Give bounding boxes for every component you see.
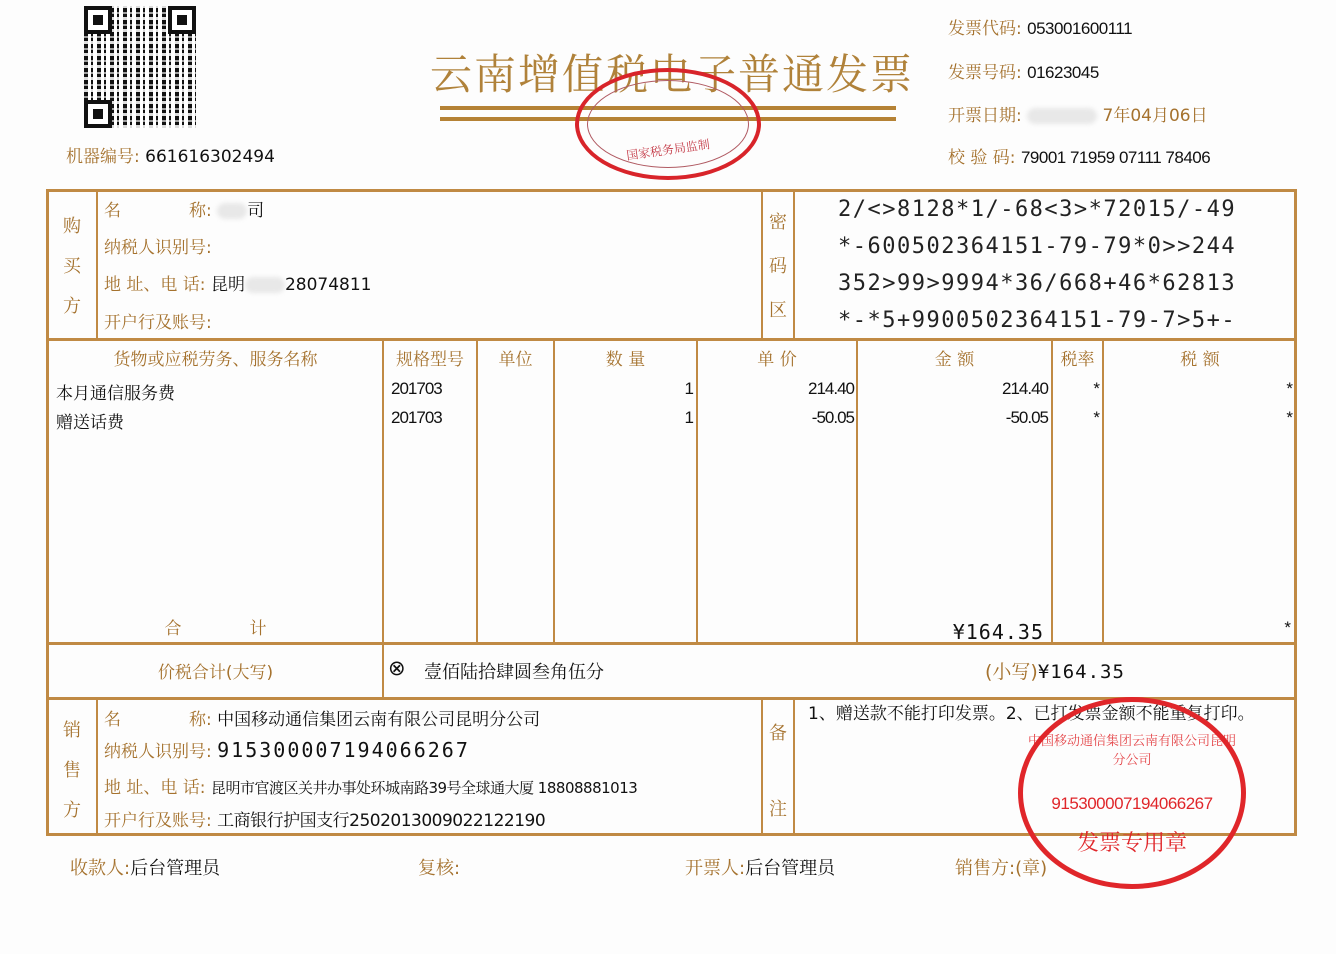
check-code-label: 校 验 码: [948, 148, 1016, 168]
payee-label: 收款人: [70, 858, 130, 879]
reviewer-label: 复核: [418, 858, 460, 879]
item-rate: * [1053, 379, 1099, 399]
seller-stamp-ring-text: 中国移动通信集团云南有限公司昆明分公司 [1023, 730, 1241, 768]
cipher-line: 352>99>9994*36/668+46*62813 [838, 271, 1236, 296]
side-char: 码 [769, 252, 787, 278]
seller-bank-label: 开户行及账号: [104, 806, 212, 831]
column-header-name: 货物或应税劳务、服务名称 [49, 345, 382, 370]
seller-side-label: 销 售 方 [49, 705, 95, 833]
seller-name-value: 中国移动通信集团云南有限公司昆明分公司 [217, 710, 540, 730]
item-amount: 214.40 [858, 379, 1048, 399]
remarks-side-label: 备 注 [763, 712, 793, 827]
invoice-code-label: 发票代码: [948, 19, 1022, 39]
divider [46, 642, 1297, 645]
side-char: 区 [769, 296, 787, 322]
seller-taxid-label: 纳税人识别号: [104, 737, 212, 762]
column-header-unit: 单位 [478, 345, 553, 370]
item-price: -50.05 [698, 408, 854, 428]
item-spec: 201703 [391, 408, 442, 428]
column-header-rate: 税率 [1053, 345, 1102, 370]
redacted-blur [1027, 108, 1097, 124]
seller-name: 名 称: 中国移动通信集团云南有限公司昆明分公司 [104, 705, 540, 730]
buyer-taxid: 纳税人识别号: [104, 233, 212, 258]
total-amount: ¥164.35 [858, 620, 1044, 644]
divider [382, 340, 384, 697]
cipher-line: *-*5+9900502364151-79-7>5+- [838, 308, 1236, 333]
item-tax: * [1104, 379, 1292, 399]
invoice-code-value: 053001600111 [1027, 19, 1132, 38]
cipher-side-label: 密 码 区 [763, 195, 793, 335]
item-qty: 1 [555, 408, 693, 428]
seller-seal-label: 销售方:(章) [955, 854, 1047, 880]
column-header-qty: 数 量 [555, 345, 696, 370]
grand-total-upper: 壹佰陆拾肆圆叁角伍分 [424, 658, 604, 684]
buyer-phone-value: 28074811 [285, 275, 372, 295]
machine-number-value: 661616302494 [145, 147, 275, 167]
invoice-date-label: 开票日期: [948, 106, 1022, 126]
buyer-address-label: 地 址、电 话: [104, 270, 206, 295]
divider [96, 190, 98, 340]
divider [793, 699, 795, 836]
cipher-line: 2/<>8128*1/-68<3>*72015/-49 [838, 197, 1236, 222]
column-header-spec: 规格型号 [384, 345, 476, 370]
seller-stamp-code: 915300007194066267 [1023, 794, 1241, 814]
invoice-number-label: 发票号码: [948, 63, 1022, 83]
side-char: 售 [63, 756, 81, 782]
total-tax: * [1104, 618, 1290, 638]
invoice-date: 开票日期: 7年04月06日 [948, 101, 1208, 126]
reviewer: 复核: [418, 854, 460, 880]
column-header-price: 单 价 [698, 345, 856, 370]
column-header-amount: 金 额 [858, 345, 1051, 370]
side-char: 密 [769, 208, 787, 234]
divider [46, 338, 1297, 341]
item-qty: 1 [555, 379, 693, 399]
buyer-taxid-label: 纳税人识别号: [104, 233, 212, 258]
cipher-line: *-600502364151-79-79*0>>244 [838, 234, 1236, 259]
issuer-label: 开票人: [685, 858, 745, 879]
side-char: 方 [63, 796, 81, 822]
issuer: 开票人:后台管理员 [685, 854, 835, 880]
buyer-bank: 开户行及账号: [104, 308, 212, 333]
item-name: 赠送话费 [56, 408, 124, 433]
remarks-text: 1、赠送款不能打印发票。2、已打发票金额不能重复打印。 [808, 703, 1288, 725]
divider [96, 699, 98, 836]
tax-bureau-stamp: 国家税务局监制 [575, 68, 761, 180]
side-char: 方 [63, 292, 81, 318]
payee: 收款人:后台管理员 [70, 854, 220, 880]
redacted-blur [245, 277, 285, 293]
grand-total-label: 价税合计(大写) [49, 658, 382, 683]
seller-address-label: 地 址、电 话: [104, 773, 206, 798]
invoice-code: 发票代码: 053001600111 [948, 14, 1132, 39]
column-header-tax: 税 额 [1104, 345, 1296, 370]
buyer-name-value: 司 [247, 201, 264, 221]
seller-taxid-value: 915300007194066267 [217, 738, 470, 762]
grand-total-lower: (小写)¥164.35 [985, 657, 1125, 684]
grand-total-lower-value: ¥164.35 [1038, 661, 1125, 683]
buyer-name-label: 名 称: [104, 196, 212, 221]
buyer-side-label: 购 买 方 [49, 195, 95, 335]
side-char: 销 [63, 716, 81, 742]
issuer-value: 后台管理员 [745, 858, 835, 879]
side-char: 注 [769, 795, 787, 821]
item-price: 214.40 [698, 379, 854, 399]
qr-finder [168, 6, 196, 34]
item-rate: * [1053, 408, 1099, 428]
buyer-name: 名 称: 司 [104, 196, 264, 221]
divider [476, 340, 478, 644]
side-char: 买 [63, 252, 81, 278]
seller-address-value: 昆明市官渡区关井办事处环城南路39号全球通大厦 18808881013 [211, 779, 637, 797]
buyer-address-value: 昆明 [211, 275, 245, 295]
side-char: 备 [769, 719, 787, 745]
check-code: 校 验 码: 79001 71959 07111 78406 [948, 143, 1210, 168]
side-char: 购 [63, 212, 81, 238]
seller-seal-label-text: 销售方:(章) [955, 858, 1047, 879]
cross-circle-icon: ⊗ [388, 656, 406, 680]
seller-bank-value: 工商银行护国支行2502013009022122190 [217, 811, 545, 831]
grand-total-lower-label: (小写) [985, 661, 1038, 683]
qr-finder [84, 6, 112, 34]
divider [793, 190, 795, 340]
invoice-date-value: 7年04月06日 [1103, 106, 1208, 126]
redacted-blur [217, 203, 247, 219]
qr-code [84, 6, 196, 128]
buyer-bank-label: 开户行及账号: [104, 308, 212, 333]
buyer-address: 地 址、电 话: 昆明28074811 [104, 270, 371, 295]
item-amount: -50.05 [858, 408, 1048, 428]
seller-stamp-label: 发票专用章 [1023, 826, 1241, 857]
item-spec: 201703 [391, 379, 442, 399]
machine-number-label: 机器编号: [66, 147, 140, 167]
payee-value: 后台管理员 [130, 858, 220, 879]
total-label: 合 计 [49, 614, 382, 639]
machine-number: 机器编号: 661616302494 [66, 142, 275, 167]
seller-name-label: 名 称: [104, 705, 212, 730]
invoice-number-value: 01623045 [1027, 63, 1099, 82]
invoice-number: 发票号码: 01623045 [948, 58, 1099, 83]
seller-invoice-stamp: 中国移动通信集团云南有限公司昆明分公司 915300007194066267 发… [1018, 697, 1246, 889]
qr-finder [84, 100, 112, 128]
seller-bank: 开户行及账号: 工商银行护国支行2502013009022122190 [104, 806, 545, 831]
check-code-value: 79001 71959 07111 78406 [1021, 148, 1210, 167]
item-tax: * [1104, 408, 1292, 428]
seller-address: 地 址、电 话: 昆明市官渡区关井办事处环城南路39号全球通大厦 1880888… [104, 773, 637, 798]
item-name: 本月通信服务费 [56, 379, 175, 404]
seller-taxid: 纳税人识别号: 915300007194066267 [104, 737, 470, 762]
